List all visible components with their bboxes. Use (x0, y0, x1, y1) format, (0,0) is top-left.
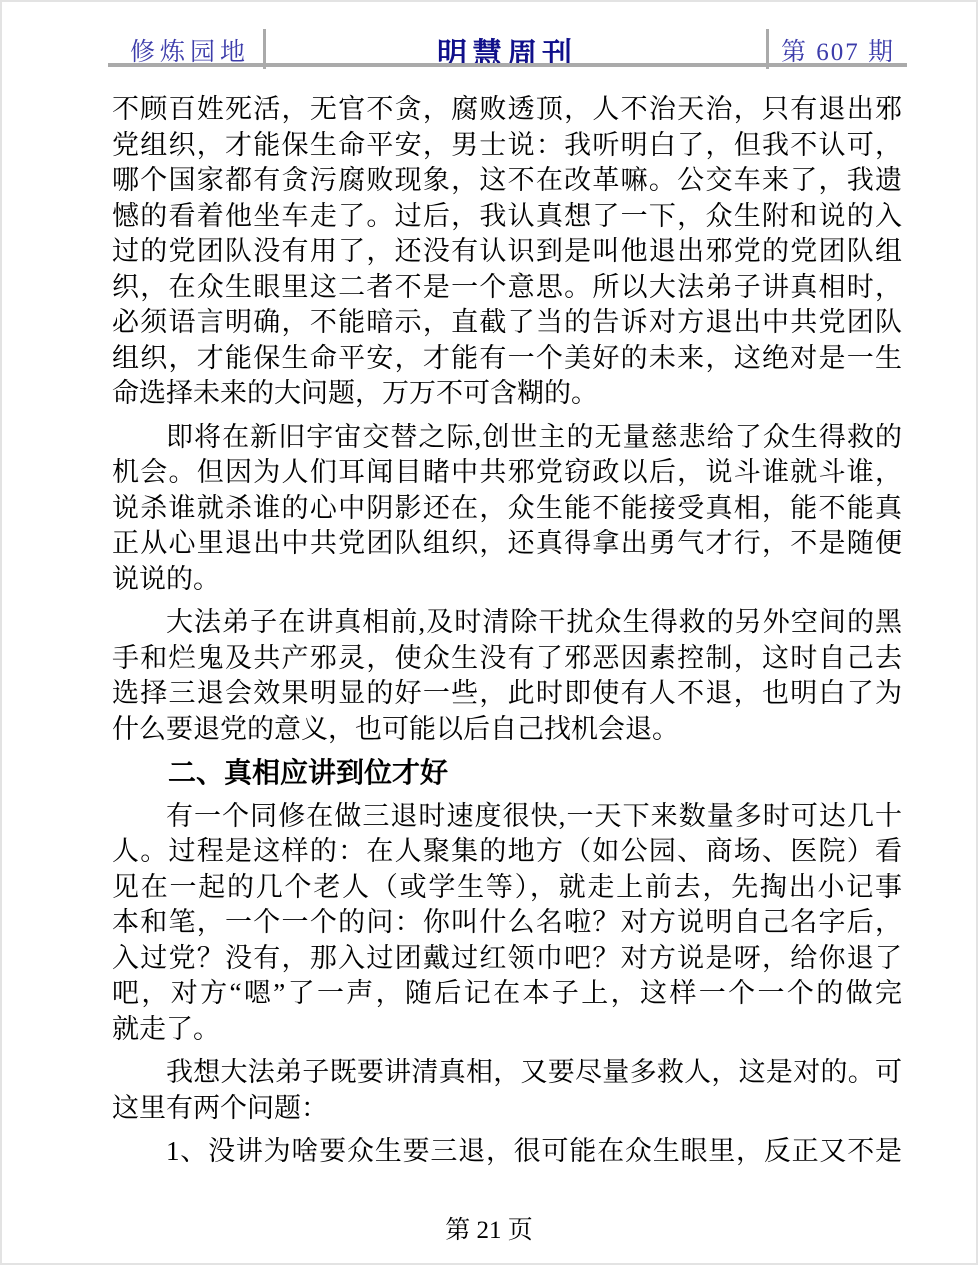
article: 不顾百姓死活，无官不贪，腐败透顶，人不治天治，只有退出邪党组织，才能保生命平安，… (112, 92, 902, 1170)
text-line: 哪个国家都有贪污腐败现象，这不在改革嘛。公交车来了，我遗 (112, 163, 902, 199)
text-line: 这里有两个问题： (112, 1091, 902, 1127)
text-line: 吧，对方“嗯”了一声，随后记在本子上，这样一个一个的做完 (112, 976, 902, 1012)
text-line: 见在一起的几个老人（或学生等），就走上前去，先掏出小记事 (112, 870, 902, 906)
document-page: 修炼园地 明慧周刊 第 607 期 不顾百姓死活，无官不贪，腐败透顶，人不治天治… (0, 0, 978, 1265)
text-line: 1、没讲为啥要众生要三退，很可能在众生眼里，反正又不是 (112, 1134, 902, 1170)
text-line: 本和笔，一个一个的问：你叫什么名啦？对方说明自己名字后， (112, 905, 902, 941)
text-line: 党组织，才能保生命平安，男士说：我听明白了，但我不认可， (112, 128, 902, 164)
text-line: 正从心里退出中共党团队组织，还真得拿出勇气才行，不是随便 (112, 526, 902, 562)
text-line: 必须语言明确，不能暗示，直截了当的告诉对方退出中共党团队 (112, 305, 902, 341)
text-line: 不顾百姓死活，无官不贪，腐败透顶，人不治天治，只有退出邪 (112, 92, 902, 128)
text-line: 过的党团队没有用了，还没有认识到是叫他退出邪党的党团队组 (112, 234, 902, 270)
header-rule (108, 63, 907, 67)
text-line: 憾的看着他坐车走了。过后，我认真想了一下，众生附和说的入 (112, 199, 902, 235)
text-line: 二、真相应讲到位才好 (112, 755, 902, 791)
text-line: 即将在新旧宇宙交替之际,创世主的无量慈悲给了众生得救的 (112, 420, 902, 456)
paragraph: 我想大法弟子既要讲清真相，又要尽量多救人，这是对的。可这里有两个问题： (112, 1055, 902, 1126)
text-line: 说杀谁就杀谁的心中阴影还在，众生能不能接受真相，能不能真 (112, 491, 902, 527)
text-line: 说说的。 (112, 562, 902, 598)
text-line: 我想大法弟子既要讲清真相，又要尽量多救人，这是对的。可 (112, 1055, 902, 1091)
text-line: 织，在众生眼里这二者不是一个意思。所以大法弟子讲真相时， (112, 270, 902, 306)
text-line: 命选择未来的大问题，万万不可含糊的。 (112, 376, 902, 412)
text-line: 什么要退党的意义，也可能以后自己找机会退。 (112, 712, 902, 748)
text-line: 选择三退会效果明显的好一些，此时即使有人不退，也明白了为 (112, 676, 902, 712)
text-line: 手和烂鬼及共产邪灵，使众生没有了邪恶因素控制，这时自己去 (112, 641, 902, 677)
text-line: 就走了。 (112, 1012, 902, 1048)
text-line: 机会。但因为人们耳闻目睹中共邪党窃政以后，说斗谁就斗谁， (112, 455, 902, 491)
paragraph: 1、没讲为啥要众生要三退，很可能在众生眼里，反正又不是 (112, 1134, 902, 1170)
text-line: 组织，才能保生命平安，才能有一个美好的未来，这绝对是一生 (112, 341, 902, 377)
paragraph: 有一个同修在做三退时速度很快,一天下来数量多时可达几十人。过程是这样的：在人聚集… (112, 799, 902, 1048)
paragraph: 即将在新旧宇宙交替之际,创世主的无量慈悲给了众生得救的机会。但因为人们耳闻目睹中… (112, 420, 902, 598)
text-line: 入过党？没有，那入过团戴过红领巾吧？对方说是呀，给你退了 (112, 941, 902, 977)
paragraph: 不顾百姓死活，无官不贪，腐败透顶，人不治天治，只有退出邪党组织，才能保生命平安，… (112, 92, 902, 412)
text-line: 有一个同修在做三退时速度很快,一天下来数量多时可达几十 (112, 799, 902, 835)
text-line: 大法弟子在讲真相前,及时清除干扰众生得救的另外空间的黑 (112, 605, 902, 641)
page-number: 第 21 页 (2, 1210, 976, 1246)
text-line: 人。过程是这样的：在人聚集的地方（如公园、商场、医院）看 (112, 834, 902, 870)
section-heading: 二、真相应讲到位才好 (112, 755, 902, 791)
paragraph: 大法弟子在讲真相前,及时清除干扰众生得救的另外空间的黑手和烂鬼及共产邪灵，使众生… (112, 605, 902, 747)
